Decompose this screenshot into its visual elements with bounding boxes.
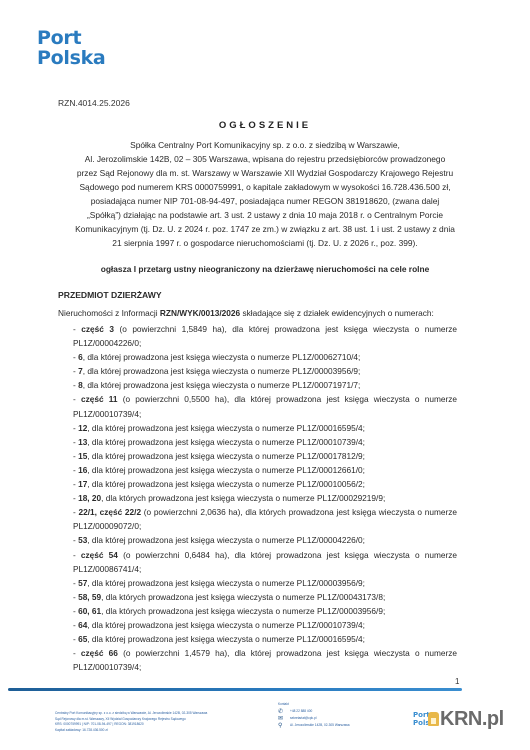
- parcel-item: - 57, dla której prowadzona jest księga …: [73, 576, 457, 590]
- parcel-number: 22/1, część 22/2: [78, 507, 141, 517]
- parcel-item: - 60, 61, dla których prowadzona jest ks…: [73, 604, 457, 618]
- parcel-item: - 17, dla której prowadzona jest księga …: [73, 477, 457, 491]
- section-heading: PRZEDMIOT DZIERŻAWY: [58, 290, 162, 300]
- parcel-number: 64: [78, 620, 87, 630]
- parcel-number: 13: [78, 437, 87, 447]
- footer-company-line: Kapitał zakładowy: 16.728.436.500 zł: [55, 728, 255, 734]
- intro-line: 21 sierpnia 1997 r. o gospodarce nieruch…: [55, 236, 475, 250]
- parcel-number: 60, 61: [78, 606, 101, 616]
- parcel-item: - 53, dla której prowadzona jest księga …: [73, 533, 457, 547]
- contact-email-text[interactable]: sekretariat@cpk.pl: [290, 715, 316, 722]
- contact-heading: Kontakt: [278, 701, 398, 708]
- parcel-number: część 66: [81, 648, 118, 658]
- contact-email: ✉ sekretariat@cpk.pl: [278, 715, 398, 722]
- parcel-item: - 7, dla której prowadzona jest księga w…: [73, 364, 457, 378]
- parcel-item: - 16, dla której prowadzona jest księga …: [73, 463, 457, 477]
- parcel-item: - część 3 (o powierzchni 1,5849 ha), dla…: [73, 322, 457, 350]
- mail-icon: ✉: [278, 716, 284, 722]
- parcel-item: - część 54 (o powierzchni 0,6484 ha), dl…: [73, 548, 457, 576]
- parcel-item: - 15, dla której prowadzona jest księga …: [73, 449, 457, 463]
- logo-line-2: Polska: [37, 48, 105, 68]
- parcel-number: 12: [78, 423, 87, 433]
- lead-reference: RZN/WYK/0013/2026: [160, 308, 240, 318]
- parcel-number: 57: [78, 578, 87, 588]
- parcel-number: 58, 59: [78, 592, 101, 602]
- parcel-number: 53: [78, 535, 87, 545]
- footer-company-info: Centralny Port Komunikacyjny sp. z o.o. …: [55, 711, 255, 733]
- footer-contact: Kontakt ✆ +48 22 888 400 ✉ sekretariat@c…: [278, 701, 398, 729]
- parcel-list: - część 3 (o powierzchni 1,5849 ha), dla…: [73, 322, 457, 674]
- footer-divider: [8, 688, 462, 691]
- parcel-item: - 65, dla której prowadzona jest księga …: [73, 632, 457, 646]
- lead-suffix: składające się z działek ewidencyjnych o…: [240, 308, 434, 318]
- parcel-item: - 22/1, część 22/2 (o powierzchni 2,0636…: [73, 505, 457, 533]
- parcel-item: - 58, 59, dla których prowadzona jest ks…: [73, 590, 457, 604]
- parcel-number: 18, 20: [78, 493, 101, 503]
- parcel-item: - część 66 (o powierzchni 1,4579 ha), dl…: [73, 646, 457, 674]
- contact-address-text: Al. Jerozolimskie 142B, 02-305 Warszawa: [290, 722, 350, 729]
- intro-paragraph: Spółka Centralny Port Komunikacyjny sp. …: [55, 138, 475, 250]
- house-icon: [428, 712, 439, 726]
- contact-address: ⚲ Al. Jerozolimskie 142B, 02-305 Warszaw…: [278, 722, 398, 729]
- document-title: OGŁOSZENIE: [0, 120, 530, 131]
- intro-line: Spółka Centralny Port Komunikacyjny sp. …: [55, 138, 475, 152]
- parcel-item: - 13, dla której prowadzona jest księga …: [73, 435, 457, 449]
- parcel-number: część 11: [81, 394, 118, 404]
- contact-phone: ✆ +48 22 888 400: [278, 708, 398, 715]
- parcel-item: - 6, dla której prowadzona jest księga w…: [73, 350, 457, 364]
- intro-line: przez Sąd Rejonowy dla m. st. Warszawy w…: [55, 166, 475, 180]
- phone-icon: ✆: [278, 709, 284, 715]
- parcel-number: 15: [78, 451, 87, 461]
- parcel-number: część 3: [81, 324, 114, 334]
- parcel-item: - 18, 20, dla których prowadzona jest ks…: [73, 491, 457, 505]
- parcel-number: 17: [78, 479, 87, 489]
- intro-line: „Spółką”) działając na podstawie art. 3 …: [55, 208, 475, 222]
- lead-prefix: Nieruchomości z Informacji: [58, 308, 160, 318]
- parcel-item: - część 11 (o powierzchni 0,5500 ha), dl…: [73, 392, 457, 420]
- section-lead: Nieruchomości z Informacji RZN/WYK/0013/…: [58, 308, 468, 318]
- intro-line: posiadająca numer NIP 701-08-94-497, pos…: [55, 194, 475, 208]
- parcel-number: 65: [78, 634, 87, 644]
- document-reference: RZN.4014.25.2026: [58, 98, 130, 108]
- parcel-item: - 8, dla której prowadzona jest księga w…: [73, 378, 457, 392]
- logo-line-1: Port: [37, 28, 105, 48]
- watermark-text: KRN.pl: [440, 708, 504, 730]
- krn-watermark: KRN.pl: [428, 708, 504, 731]
- announcement-heading: ogłasza I przetarg ustny nieograniczony …: [0, 264, 530, 274]
- port-polska-logo: Port Polska: [37, 28, 105, 68]
- contact-phone-text: +48 22 888 400: [290, 708, 312, 715]
- page-number: 1: [455, 677, 459, 686]
- parcel-number: część 54: [81, 550, 118, 560]
- parcel-number: 16: [78, 465, 87, 475]
- location-icon: ⚲: [278, 723, 284, 729]
- intro-line: Komunikacyjnym (tj. Dz. U. z 2024 r. poz…: [55, 222, 475, 236]
- intro-line: Al. Jerozolimskie 142B, 02 – 305 Warszaw…: [55, 152, 475, 166]
- parcel-item: - 64, dla której prowadzona jest księga …: [73, 618, 457, 632]
- intro-line: Sądowego pod numerem KRS 0000759991, o k…: [55, 180, 475, 194]
- parcel-item: - 12, dla której prowadzona jest księga …: [73, 421, 457, 435]
